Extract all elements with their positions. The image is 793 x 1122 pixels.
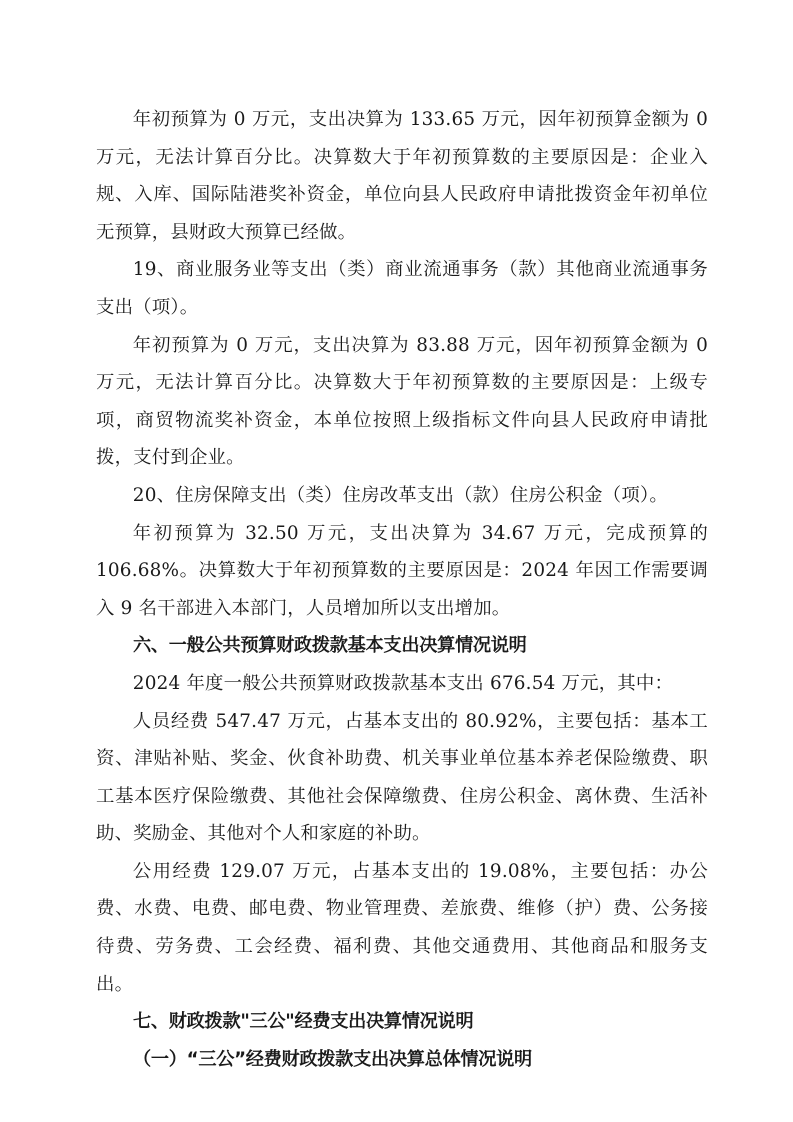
- paragraph-item18-explanation: 年初预算为 0 万元，支出决算为 133.65 万元，因年初预算金额为 0 万元…: [96, 101, 708, 251]
- document-page: 年初预算为 0 万元，支出决算为 133.65 万元，因年初预算金额为 0 万元…: [96, 101, 708, 1078]
- section-heading-6: 六、一般公共预算财政拨款基本支出决算情况说明: [96, 627, 708, 665]
- paragraph-public-expenses: 公用经费 129.07 万元，占基本支出的 19.08%，主要包括：办公费、水费…: [96, 853, 708, 1003]
- paragraph-item19-explanation: 年初预算为 0 万元，支出决算为 83.88 万元，因年初预算金额为 0 万元，…: [96, 327, 708, 477]
- section-heading-7: 七、财政拨款"三公"经费支出决算情况说明: [96, 1003, 708, 1041]
- paragraph-item20-explanation: 年初预算为 32.50 万元，支出决算为 34.67 万元，完成预算的 106.…: [96, 515, 708, 628]
- subsection-heading-7-1: （一）“三公”经费财政拨款支出决算总体情况说明: [96, 1041, 708, 1079]
- paragraph-basic-expenditure-total: 2024 年度一般公共预算财政拨款基本支出 676.54 万元，其中：: [96, 665, 708, 703]
- paragraph-item19-title: 19、商业服务业等支出（类）商业流通事务（款）其他商业流通事务支出（项）。: [96, 251, 708, 326]
- paragraph-item20-title: 20、住房保障支出（类）住房改革支出（款）住房公积金（项）。: [96, 477, 708, 515]
- paragraph-personnel-expenses: 人员经费 547.47 万元，占基本支出的 80.92%，主要包括：基本工资、津…: [96, 703, 708, 853]
